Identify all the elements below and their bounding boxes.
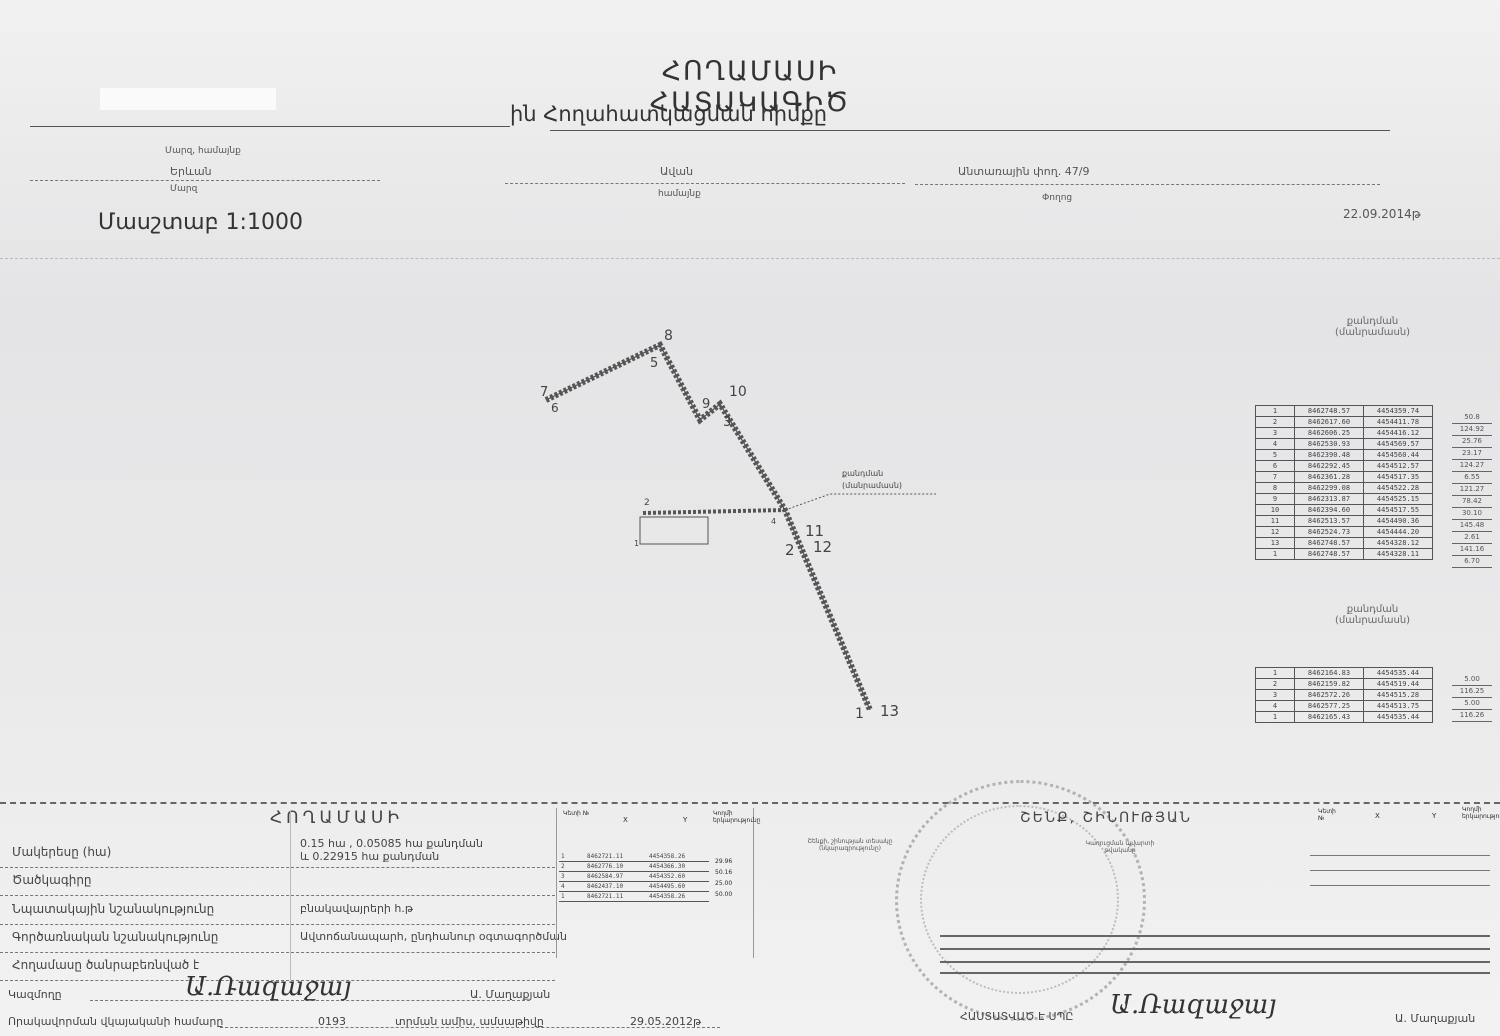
parcel-attribute-label: Ծածկագիրը	[12, 873, 92, 887]
svg-text:10: 10	[729, 384, 747, 400]
coordinates-table-1: 18462748.574454359.7428462617.604454411.…	[1255, 405, 1433, 560]
side-length: 121.27	[1452, 484, 1492, 496]
official-stamp-inner	[920, 805, 1119, 994]
engineer-name: Ա. Մաղաքյան	[470, 988, 550, 1001]
approver-label: ՀԱՍՏԱՏՎԱԾ Է ՍՊԸ	[960, 1010, 1073, 1023]
svg-text:9: 9	[702, 397, 710, 412]
table-row: 38462572.264454515.28	[1256, 690, 1433, 701]
point-label: 8	[664, 328, 673, 344]
cert-issued-label: տրման ամիս, ամսաթիվը	[395, 1015, 544, 1028]
building-heading: ՇԵՆՔ, ՇԻՆՈՒԹՅԱՆ	[1020, 810, 1192, 826]
approver-signature: Ա.Ռազաջայ	[1110, 990, 1276, 1020]
table-row: 48462437.104454495.60	[559, 882, 709, 892]
side-lengths-2: 5.00116.255.00116.26	[1452, 674, 1492, 722]
engineer-label: Կազմողը	[8, 988, 62, 1001]
table2-heading: քանդման (մանրամասն)	[1335, 604, 1410, 626]
construction-date-caption: Կառուցման ավարտի թվականը	[1070, 840, 1170, 854]
parcel-attribute-label: Մակերեսը (հա)	[12, 845, 111, 859]
side-length: 116.25	[1452, 686, 1492, 698]
table-row: 118462513.574454490.36	[1256, 516, 1433, 527]
side-length: 124.92	[1452, 424, 1492, 436]
table-row: 128462524.734454444.20	[1256, 527, 1433, 538]
svg-text:3: 3	[723, 415, 731, 430]
svg-text:6: 6	[551, 401, 559, 415]
side-length: 30.10	[1452, 508, 1492, 520]
table-row: 58462390.484454560.44	[1256, 450, 1433, 461]
svg-text:12: 12	[813, 538, 832, 556]
parcel-attribute-label: Նպատակային նշանակությունը	[12, 902, 214, 916]
side-length: 23.17	[1452, 448, 1492, 460]
svg-text:քանդման: քանդման	[842, 469, 883, 478]
table-row: 18462721.114454358.26	[559, 892, 709, 902]
table-row: 28462776.104454366.30	[559, 862, 709, 872]
table-row: 18462748.574454328.11	[1256, 549, 1433, 560]
table-row: 18462165.434454535.44	[1256, 712, 1433, 723]
side-length: 6.70	[1452, 556, 1492, 568]
side-length: 145.48	[1452, 520, 1492, 532]
side-length: 5.00	[1452, 698, 1492, 710]
side-length: 25.76	[1452, 436, 1492, 448]
cadastral-plan-document: ՀՈՂԱՄԱՍԻ ՀԱՏԱԿԱԳԻԾ ին Հողահատկացման հիմք…	[0, 0, 1500, 1036]
parcel-attribute-value: բնակավայրերի հ.թ	[300, 902, 413, 915]
table-row: 18462748.574454359.74	[1256, 406, 1433, 417]
side-length: 5.00	[1452, 674, 1492, 686]
table-row: 28462617.604454411.78	[1256, 417, 1433, 428]
svg-text:5: 5	[650, 356, 658, 371]
table-row: 28462159.824454519.44	[1256, 679, 1433, 690]
table-row: 98462313.874454525.15	[1256, 494, 1433, 505]
side-length: 50.8	[1452, 412, 1492, 424]
cert-number: 0193	[318, 1015, 346, 1028]
side-length: 6.55	[1452, 472, 1492, 484]
svg-text:13: 13	[880, 702, 899, 720]
engineer-signature: Ա.Ռազաջայ	[185, 972, 351, 1002]
cert-label: Որակավորման վկայականի համարը	[8, 1015, 223, 1028]
svg-text:1: 1	[855, 706, 864, 722]
svg-text:4: 4	[771, 517, 776, 526]
table-row: 38462606.254454416.12	[1256, 428, 1433, 439]
table-row: 48462530.934454569.57	[1256, 439, 1433, 450]
svg-text:(մանրամասն): (մանրամասն)	[842, 481, 902, 490]
side-length: 141.16	[1452, 544, 1492, 556]
side-length: 116.26	[1452, 710, 1492, 722]
table-row: 138462748.574454328.12	[1256, 538, 1433, 549]
table1-heading: քանդման (մանրամասն)	[1335, 316, 1410, 338]
parcel-attribute-label: Գործառնական նշանակությունը	[12, 930, 218, 944]
side-length: 124.27	[1452, 460, 1492, 472]
table-row: 18462164.834454535.44	[1256, 668, 1433, 679]
side-length: 2.61	[1452, 532, 1492, 544]
svg-text:2: 2	[785, 541, 795, 559]
table-row: 48462577.254454513.75	[1256, 701, 1433, 712]
table-row: 78462361.284454517.35	[1256, 472, 1433, 483]
parcel-attribute-value: 0.15 հա , 0.05085 հա քանդմանև 0.22915 հա…	[300, 837, 483, 863]
table-row: 88462299.084454522.28	[1256, 483, 1433, 494]
coordinates-table-2: 18462164.834454535.4428462159.824454519.…	[1255, 667, 1433, 723]
svg-text:1: 1	[634, 539, 639, 548]
svg-text:2: 2	[644, 498, 650, 508]
side-length: 78.42	[1452, 496, 1492, 508]
cert-date: 29.05.2012թ	[630, 1015, 701, 1028]
table-row: 68462292.454454512.57	[1256, 461, 1433, 472]
approver-name: Ա. Մաղաքյան	[1395, 1012, 1475, 1025]
parcel-attribute-label: Հողամասը ծանրաբեռնված է	[12, 958, 199, 972]
table-row: 108462394.604454517.55	[1256, 505, 1433, 516]
table-row: 38462584.974454352.60	[559, 872, 709, 882]
side-lengths-1: 50.8124.9225.7623.17124.276.55121.2778.4…	[1452, 412, 1492, 568]
table-row: 18462721.114454358.26	[559, 852, 709, 862]
parcel-attribute-value: Ավտոճանապարհ, ընդհանուր օգտագործման	[300, 930, 567, 943]
parcel-coordinates-table: Կետի № X Y Կողմի երկարությունը 18462721.…	[556, 808, 754, 958]
building-type-caption: Շենքի, շինության տեսակը (նկարագրությունը…	[790, 838, 910, 852]
svg-text:7: 7	[540, 385, 548, 400]
